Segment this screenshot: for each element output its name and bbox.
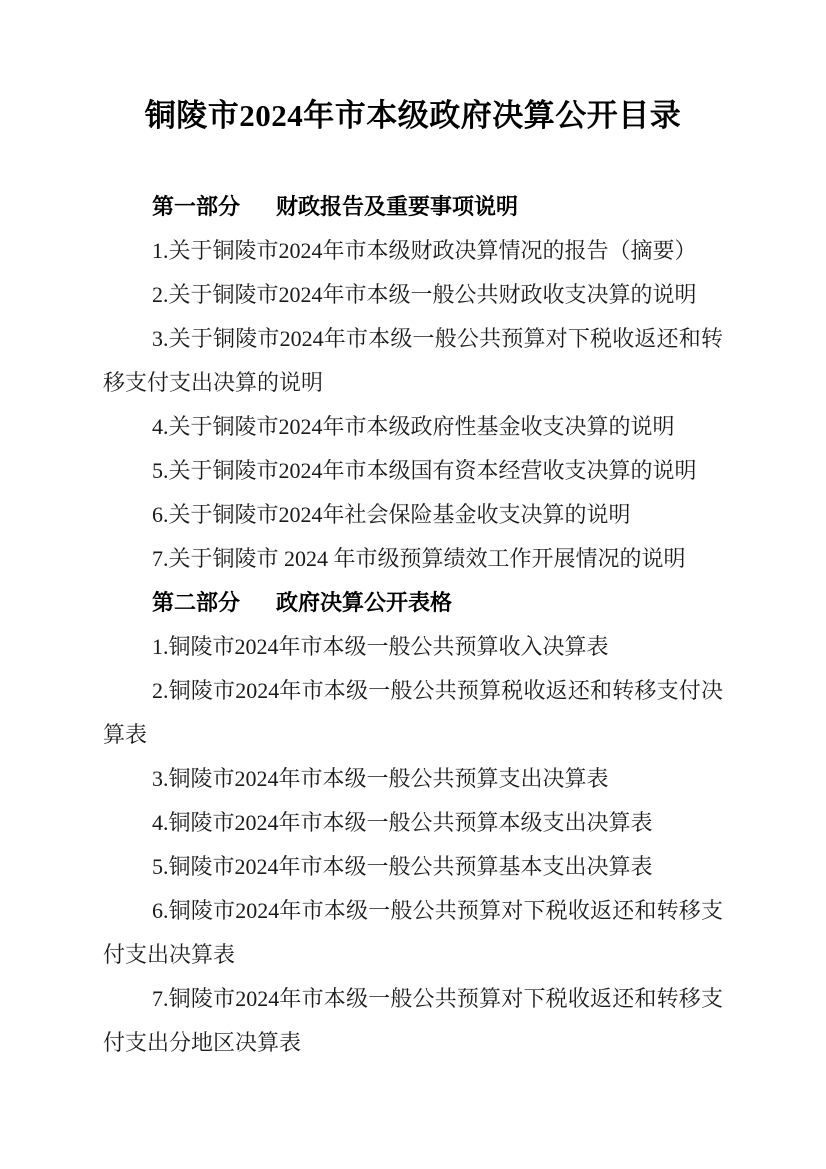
- section-part-2: 第二部分政府决算公开表格 1.铜陵市2024年市本级一般公共预算收入决算表 2.…: [103, 581, 723, 1065]
- toc-item-2-2: 2.铜陵市2024年市本级一般公共预算税收返还和转移支付决算表: [103, 669, 723, 757]
- toc-item-1-6: 6.关于铜陵市2024年社会保险基金收支决算的说明: [103, 493, 723, 537]
- section-1-heading: 第一部分财政报告及重要事项说明: [103, 185, 723, 229]
- toc-item-2-6: 6.铜陵市2024年市本级一般公共预算对下税收返还和转移支付支出决算表: [103, 889, 723, 977]
- section-1-title: 财政报告及重要事项说明: [276, 194, 518, 219]
- document-page: 铜陵市2024年市本级政府决算公开目录 第一部分财政报告及重要事项说明 1.关于…: [0, 0, 826, 1169]
- toc-item-2-1: 1.铜陵市2024年市本级一般公共预算收入决算表: [103, 625, 723, 669]
- section-part-1: 第一部分财政报告及重要事项说明 1.关于铜陵市2024年市本级财政决算情况的报告…: [103, 185, 723, 581]
- toc-item-1-5: 5.关于铜陵市2024年市本级国有资本经营收支决算的说明: [103, 449, 723, 493]
- section-2-title: 政府决算公开表格: [276, 590, 452, 615]
- toc-item-1-1: 1.关于铜陵市2024年市本级财政决算情况的报告（摘要）: [103, 229, 723, 273]
- toc-item-2-7: 7.铜陵市2024年市本级一般公共预算对下税收返还和转移支付支出分地区决算表: [103, 977, 723, 1065]
- document-title: 铜陵市2024年市本级政府决算公开目录: [103, 92, 723, 140]
- toc-item-1-3: 3.关于铜陵市2024年市本级一般公共预算对下税收返还和转移支付支出决算的说明: [103, 317, 723, 405]
- toc-item-2-5: 5.铜陵市2024年市本级一般公共预算基本支出决算表: [103, 845, 723, 889]
- section-1-label: 第一部分: [152, 194, 240, 219]
- toc-item-1-2: 2.关于铜陵市2024年市本级一般公共财政收支决算的说明: [103, 273, 723, 317]
- toc-item-1-7: 7.关于铜陵市 2024 年市级预算绩效工作开展情况的说明: [103, 537, 723, 581]
- section-2-label: 第二部分: [152, 590, 240, 615]
- toc-item-1-4: 4.关于铜陵市2024年市本级政府性基金收支决算的说明: [103, 405, 723, 449]
- toc-item-2-3: 3.铜陵市2024年市本级一般公共预算支出决算表: [103, 757, 723, 801]
- section-2-heading: 第二部分政府决算公开表格: [103, 581, 723, 625]
- toc-item-2-4: 4.铜陵市2024年市本级一般公共预算本级支出决算表: [103, 801, 723, 845]
